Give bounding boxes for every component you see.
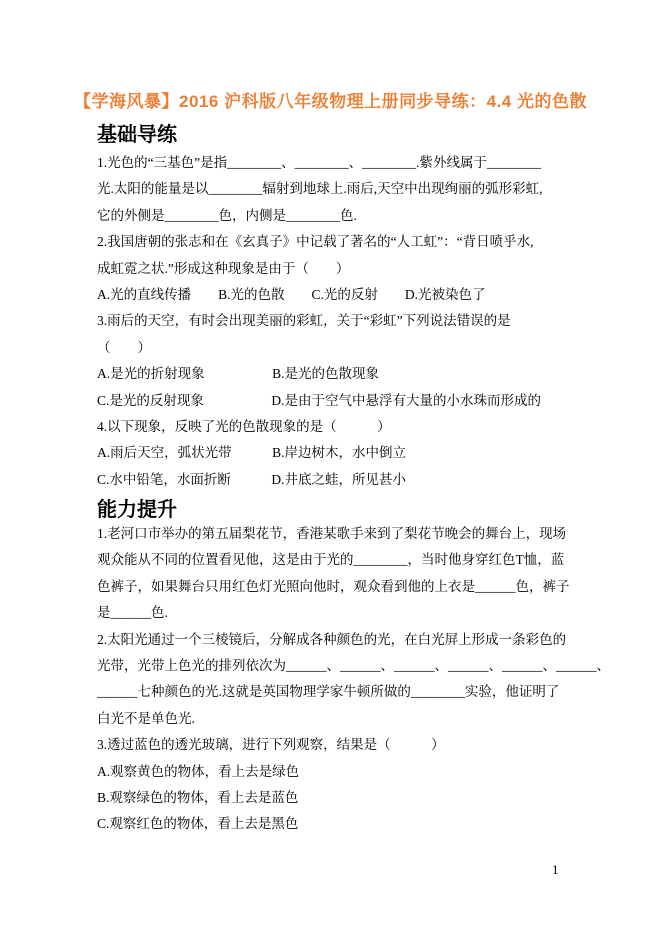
question-line: 1.老河口市举办的第五届梨花节，香港某歌手来到了梨花节晚会的舞台上，现场 <box>97 521 617 547</box>
question-line: 色裤子，如果舞台只用红色灯光照向他时，观众看到他的上衣是______色，裤子 <box>97 574 617 600</box>
question-line: 观众能从不同的位置看见他，这是由于光的________，当时他身穿红色T恤，蓝 <box>97 547 617 573</box>
question-line: （ ） <box>97 335 617 361</box>
question-line: A.光的直线传播 B.光的色散 C.光的反射 D.光被染色了 <box>97 282 617 308</box>
document-page: 【学海风暴】2016 沪科版八年级物理上册同步导练：4.4 光的色散 基础导练 … <box>0 0 661 935</box>
question-line: 白光不是单色光. <box>97 706 617 732</box>
question-line: 它的外侧是________色，内侧是________色. <box>97 203 617 229</box>
section-heading-basic-practice: 基础导练 <box>97 118 177 147</box>
question-line: A.观察黄色的物体，看上去是绿色 <box>97 759 617 785</box>
question-line: 2.太阳光通过一个三棱镜后，分解成各种颜色的光，在白光屏上形成一条彩色的 <box>97 627 617 653</box>
question-line: ______七种颜色的光.这就是英国物理学家牛顿所做的________实验，他证… <box>97 679 617 705</box>
question-line: 4.以下现象，反映了光的色散现象的是（ ） <box>97 414 617 440</box>
question-line: 3.透过蓝色的透光玻璃，进行下列观察，结果是（ ） <box>97 732 617 758</box>
question-line: A.是光的折射现象 B.是光的色散现象 <box>97 361 617 387</box>
question-line: 成虹霓之状.”形成这种现象是由于（ ） <box>97 256 617 282</box>
document-title: 【学海风暴】2016 沪科版八年级物理上册同步导练：4.4 光的色散 <box>0 87 661 112</box>
question-line: C.是光的反射现象 D.是由于空气中悬浮有大量的小水珠而形成的 <box>97 388 617 414</box>
question-line: 光.太阳的能量是以________辐射到地球上.雨后,天空中出现绚丽的弧形彩虹, <box>97 176 617 202</box>
question-line: A.雨后天空，弧状光带 B.岸边树木，水中倒立 <box>97 440 617 466</box>
question-line: C.观察红色的物体，看上去是黑色 <box>97 811 617 837</box>
question-line: 3.雨后的天空，有时会出现美丽的彩虹，关于“彩虹”下列说法错误的是 <box>97 308 617 334</box>
question-line: 光带，光带上色光的排列依次为______、______、______、_____… <box>97 653 617 679</box>
question-line: 是______色. <box>97 600 617 626</box>
question-line: B.观察绿色的物体，看上去是蓝色 <box>97 785 617 811</box>
page-number: 1 <box>552 862 559 878</box>
section-ability-content: 1.老河口市举办的第五届梨花节，香港某歌手来到了梨花节晚会的舞台上，现场 观众能… <box>97 521 617 838</box>
question-line: 1.光色的“三基色”是指________、________、________.紫… <box>97 150 617 176</box>
question-line: C.水中铅笔，水面折断 D.井底之蛙，所见甚小 <box>97 467 617 493</box>
section-heading-ability-improvement: 能力提升 <box>97 493 177 522</box>
question-line: 2.我国唐朝的张志和在《玄真子》中记载了著名的“人工虹”：“背日喷乎水, <box>97 229 617 255</box>
section-basic-content: 1.光色的“三基色”是指________、________、________.紫… <box>97 150 617 493</box>
